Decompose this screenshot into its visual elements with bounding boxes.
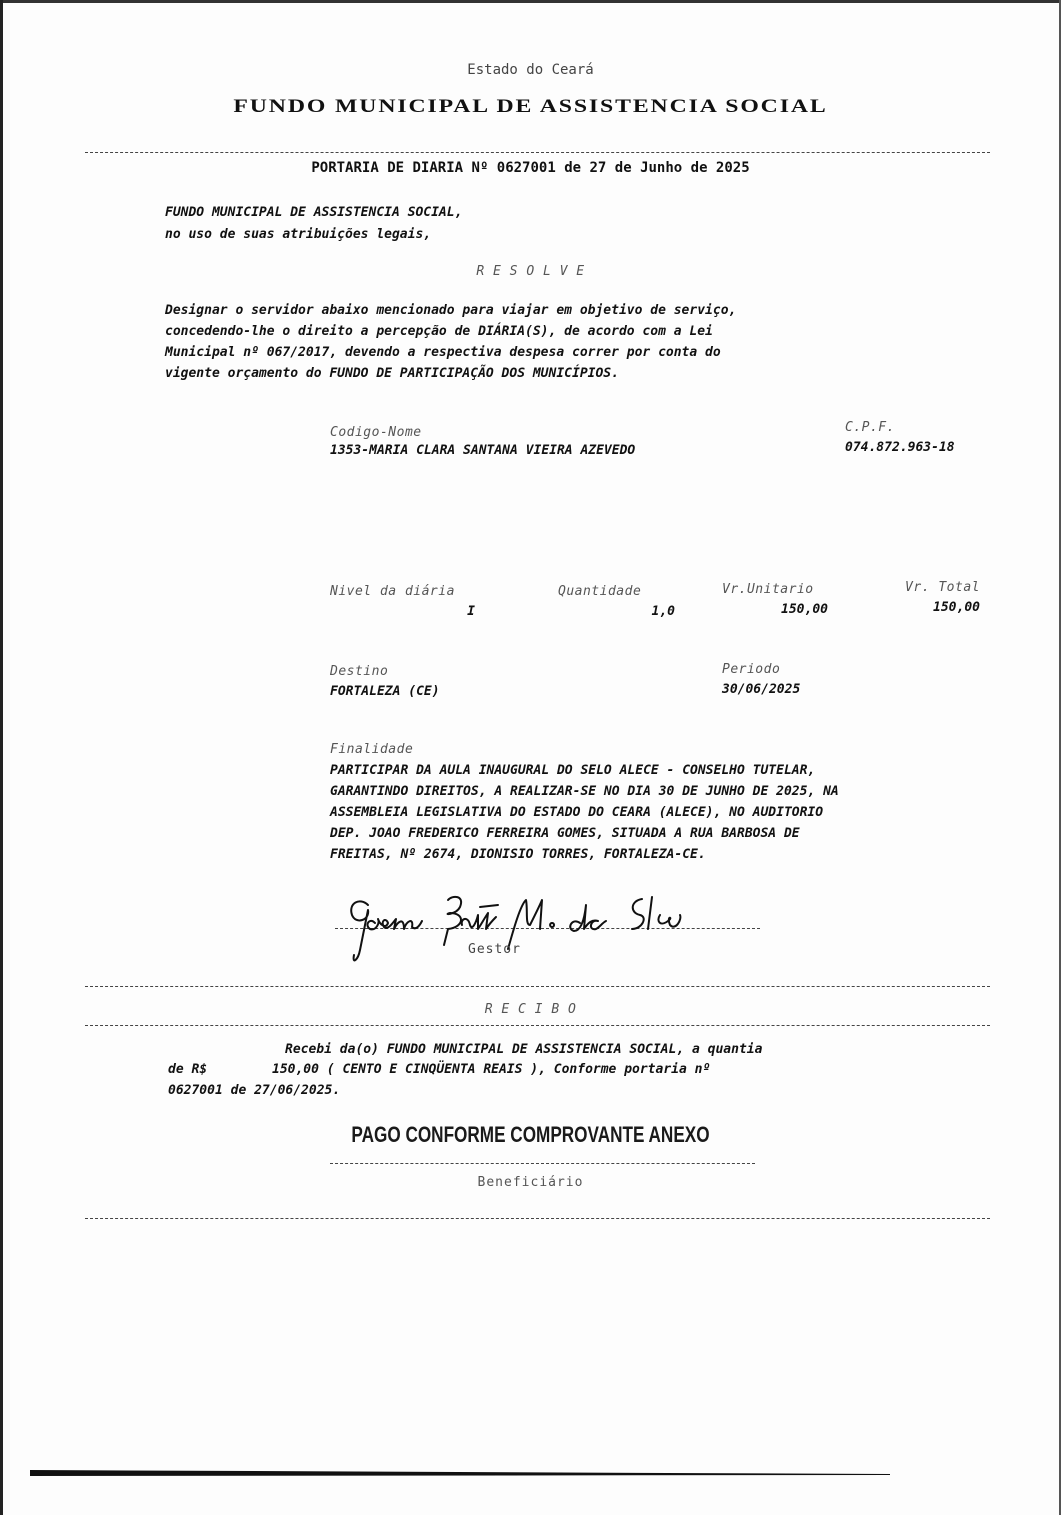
divider-top bbox=[85, 152, 990, 153]
destination-label: Destino bbox=[330, 664, 388, 679]
cpf-value: 074.872.963-18 bbox=[845, 440, 955, 455]
scan-edge-top bbox=[0, 0, 1061, 3]
intro-line-2: no uso de suas atribuições legais, bbox=[165, 227, 431, 242]
intro-line-1: FUNDO MUNICIPAL DE ASSISTENCIA SOCIAL, bbox=[165, 205, 462, 220]
divider-receipt-top bbox=[85, 986, 990, 987]
receipt-line-3: 0627001 de 27/06/2025. bbox=[168, 1083, 340, 1098]
total-value: 150,00 bbox=[880, 600, 980, 615]
receipt-heading: R E C I B O bbox=[0, 1002, 1061, 1017]
resolution-line-4: vigente orçamento do FUNDO DE PARTICIPAÇ… bbox=[165, 363, 925, 384]
scan-edge-left bbox=[0, 0, 3, 1515]
unit-value-label: Vr.Unitario bbox=[722, 582, 814, 597]
purpose-line-3: ASSEMBLEIA LEGISLATIVA DO ESTADO DO CEAR… bbox=[330, 802, 970, 823]
organization-title: FUNDO MUNICIPAL DE ASSISTENCIA SOCIAL bbox=[0, 96, 1061, 118]
handwritten-signature bbox=[330, 885, 780, 975]
purpose-line-2: GARANTINDO DIREITOS, A REALIZAR-SE NO DI… bbox=[330, 781, 970, 802]
unit-value: 150,00 bbox=[722, 602, 828, 617]
receipt-line-2: 150,00 ( CENTO E CINQÜENTA REAIS ), Conf… bbox=[272, 1062, 710, 1077]
divider-bottom bbox=[85, 1218, 990, 1219]
destination-value: FORTALEZA (CE) bbox=[330, 684, 440, 699]
beneficiary-line bbox=[330, 1163, 755, 1164]
paid-stamp: PAGO CONFORME COMPROVANTE ANEXO bbox=[117, 1122, 945, 1148]
purpose-line-5: FREITAS, Nº 2674, DIONISIO TORRES, FORTA… bbox=[330, 844, 970, 865]
level-label: Nivel da diária bbox=[330, 584, 455, 599]
receipt-currency: de R$ bbox=[168, 1062, 207, 1077]
period-value: 30/06/2025 bbox=[722, 682, 800, 697]
quantity-label: Quantidade bbox=[558, 584, 641, 599]
purpose-label: Finalidade bbox=[330, 742, 413, 757]
code-name-label: Codigo-Nome bbox=[330, 425, 422, 440]
quantity-value: 1,0 bbox=[560, 604, 675, 619]
resolution-line-2: concedendo-lhe o direito a percepção de … bbox=[165, 321, 925, 342]
resolution-text: Designar o servidor abaixo mencionado pa… bbox=[165, 300, 925, 384]
state-name: Estado do Ceará bbox=[0, 62, 1061, 78]
resolve-heading: R E S O L V E bbox=[0, 264, 1061, 279]
divider-receipt-bottom bbox=[85, 1025, 990, 1026]
total-label: Vr. Total bbox=[880, 580, 980, 595]
code-name-value: 1353-MARIA CLARA SANTANA VIEIRA AZEVEDO bbox=[330, 443, 635, 458]
purpose-line-4: DEP. JOAO FREDERICO FERREIRA GOMES, SITU… bbox=[330, 823, 970, 844]
resolution-line-1: Designar o servidor abaixo mencionado pa… bbox=[165, 300, 925, 321]
portaria-title: PORTARIA DE DIARIA Nº 0627001 de 27 de J… bbox=[0, 160, 1061, 176]
beneficiary-label: Beneficiário bbox=[0, 1175, 1061, 1190]
cpf-label: C.P.F. bbox=[845, 420, 895, 435]
purpose-line-1: PARTICIPAR DA AULA INAUGURAL DO SELO ALE… bbox=[330, 760, 970, 781]
scan-artifact-line bbox=[30, 1470, 890, 1476]
level-value: I bbox=[330, 604, 475, 619]
receipt-line-1: Recebi da(o) FUNDO MUNICIPAL DE ASSISTEN… bbox=[285, 1042, 762, 1057]
period-label: Periodo bbox=[722, 662, 780, 677]
purpose-text: PARTICIPAR DA AULA INAUGURAL DO SELO ALE… bbox=[330, 760, 970, 865]
resolution-line-3: Municipal nº 067/2017, devendo a respect… bbox=[165, 342, 925, 363]
signer-role-label: Gestor bbox=[468, 942, 521, 957]
